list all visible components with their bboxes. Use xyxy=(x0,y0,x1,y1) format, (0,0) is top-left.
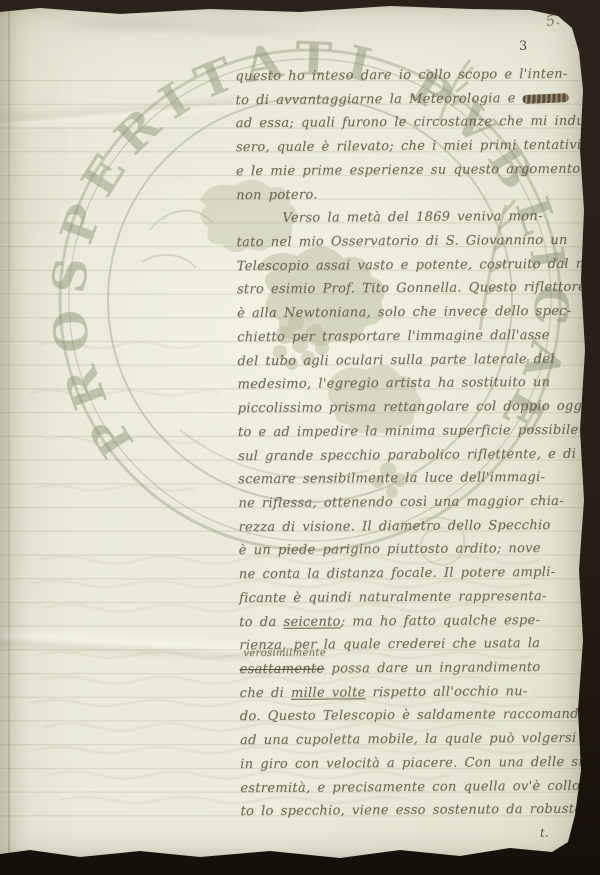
photograph-background: PROSPERITATI PVBLICAE xyxy=(0,0,600,875)
manuscript-line: Verso la metà del 1869 veniva mon- xyxy=(236,205,576,231)
manuscript-line: to di avvantaggiarne la Meteorologia e xyxy=(236,87,576,113)
manuscript-line: in giro con velocità a piacere. Con una … xyxy=(240,751,580,777)
paper-wrinkle xyxy=(0,91,236,131)
manuscript-line: che di mille volte rispetto all'occhio n… xyxy=(240,679,580,705)
manuscript-page: PROSPERITATI PVBLICAE xyxy=(0,0,600,875)
ink-scribble-deletion xyxy=(522,93,568,104)
gutter-crease xyxy=(8,8,10,857)
paper-wrinkle xyxy=(0,623,250,662)
manuscript-line: tato nel mio Osservatorio di S. Giovanni… xyxy=(237,229,577,255)
manuscript-line: sul grande specchio parabolico rifletten… xyxy=(238,442,578,468)
manuscript-line: to da seicento; ma ho fatto qualche espe… xyxy=(239,608,579,634)
handwritten-text: questo ho inteso dare io collo scopo e l… xyxy=(235,63,580,824)
manuscript-line: del tubo agli oculari sulla parte latera… xyxy=(237,347,577,373)
manuscript-line: ne riflessa, ottenendo così una maggior … xyxy=(238,490,578,516)
paper-stain xyxy=(55,6,315,48)
manuscript-line: e le mie prime esperienze su questo argo… xyxy=(236,158,576,184)
manuscript-line: sero, quale è rilevato; che i miei primi… xyxy=(236,134,576,160)
manuscript-line: estremità, e precisamente con quella ov'… xyxy=(240,774,580,800)
manuscript-line: Telescopio assai vasto e potente, costru… xyxy=(237,253,577,279)
manuscript-line: è un piede parigino piuttosto ardito; no… xyxy=(239,537,579,563)
manuscript-line: questo ho inteso dare io collo scopo e l… xyxy=(235,63,575,89)
manuscript-line: non potero. xyxy=(236,181,576,207)
folio-mark: 5. xyxy=(544,12,560,30)
catchword: t. xyxy=(540,826,549,840)
manuscript-line: stro esimio Prof. Tito Gonnella. Questo … xyxy=(237,276,577,302)
manuscript-line: ad una cupoletta mobile, la quale può vo… xyxy=(240,727,580,753)
manuscript-line: ne conta la distanza focale. Il potere a… xyxy=(239,561,579,587)
manuscript-line: ad essa; quali furono le circostanze che… xyxy=(236,110,576,136)
manuscript-line: piccolissimo prisma rettangolare col dop… xyxy=(238,395,578,421)
manuscript-line: to lo specchio, viene esso sostenuto da … xyxy=(240,798,580,824)
manuscript-line: è alla Newtoniana, solo che invece dello… xyxy=(237,300,577,326)
interlinear-correction: verosimilmente xyxy=(243,649,326,660)
manuscript-line: chietto per trasportare l'immagine dall'… xyxy=(237,324,577,350)
page-number: 3 xyxy=(519,39,527,54)
manuscript-line: do. Questo Telescopio è saldamente racco… xyxy=(240,703,580,729)
manuscript-line: esattamente possa dare un ingrandimentov… xyxy=(239,656,579,682)
manuscript-line: scemare sensibilmente la luce dell'immag… xyxy=(238,466,578,492)
manuscript-line: rezza di visione. Il diametro dello Spec… xyxy=(239,513,579,539)
manuscript-line: ficante è quindi naturalmente rappresent… xyxy=(239,585,579,611)
manuscript-line: medesimo, l'egregio artista ha sostituit… xyxy=(238,371,578,397)
manuscript-line: to e ad impedire la minima superficie po… xyxy=(238,419,578,445)
